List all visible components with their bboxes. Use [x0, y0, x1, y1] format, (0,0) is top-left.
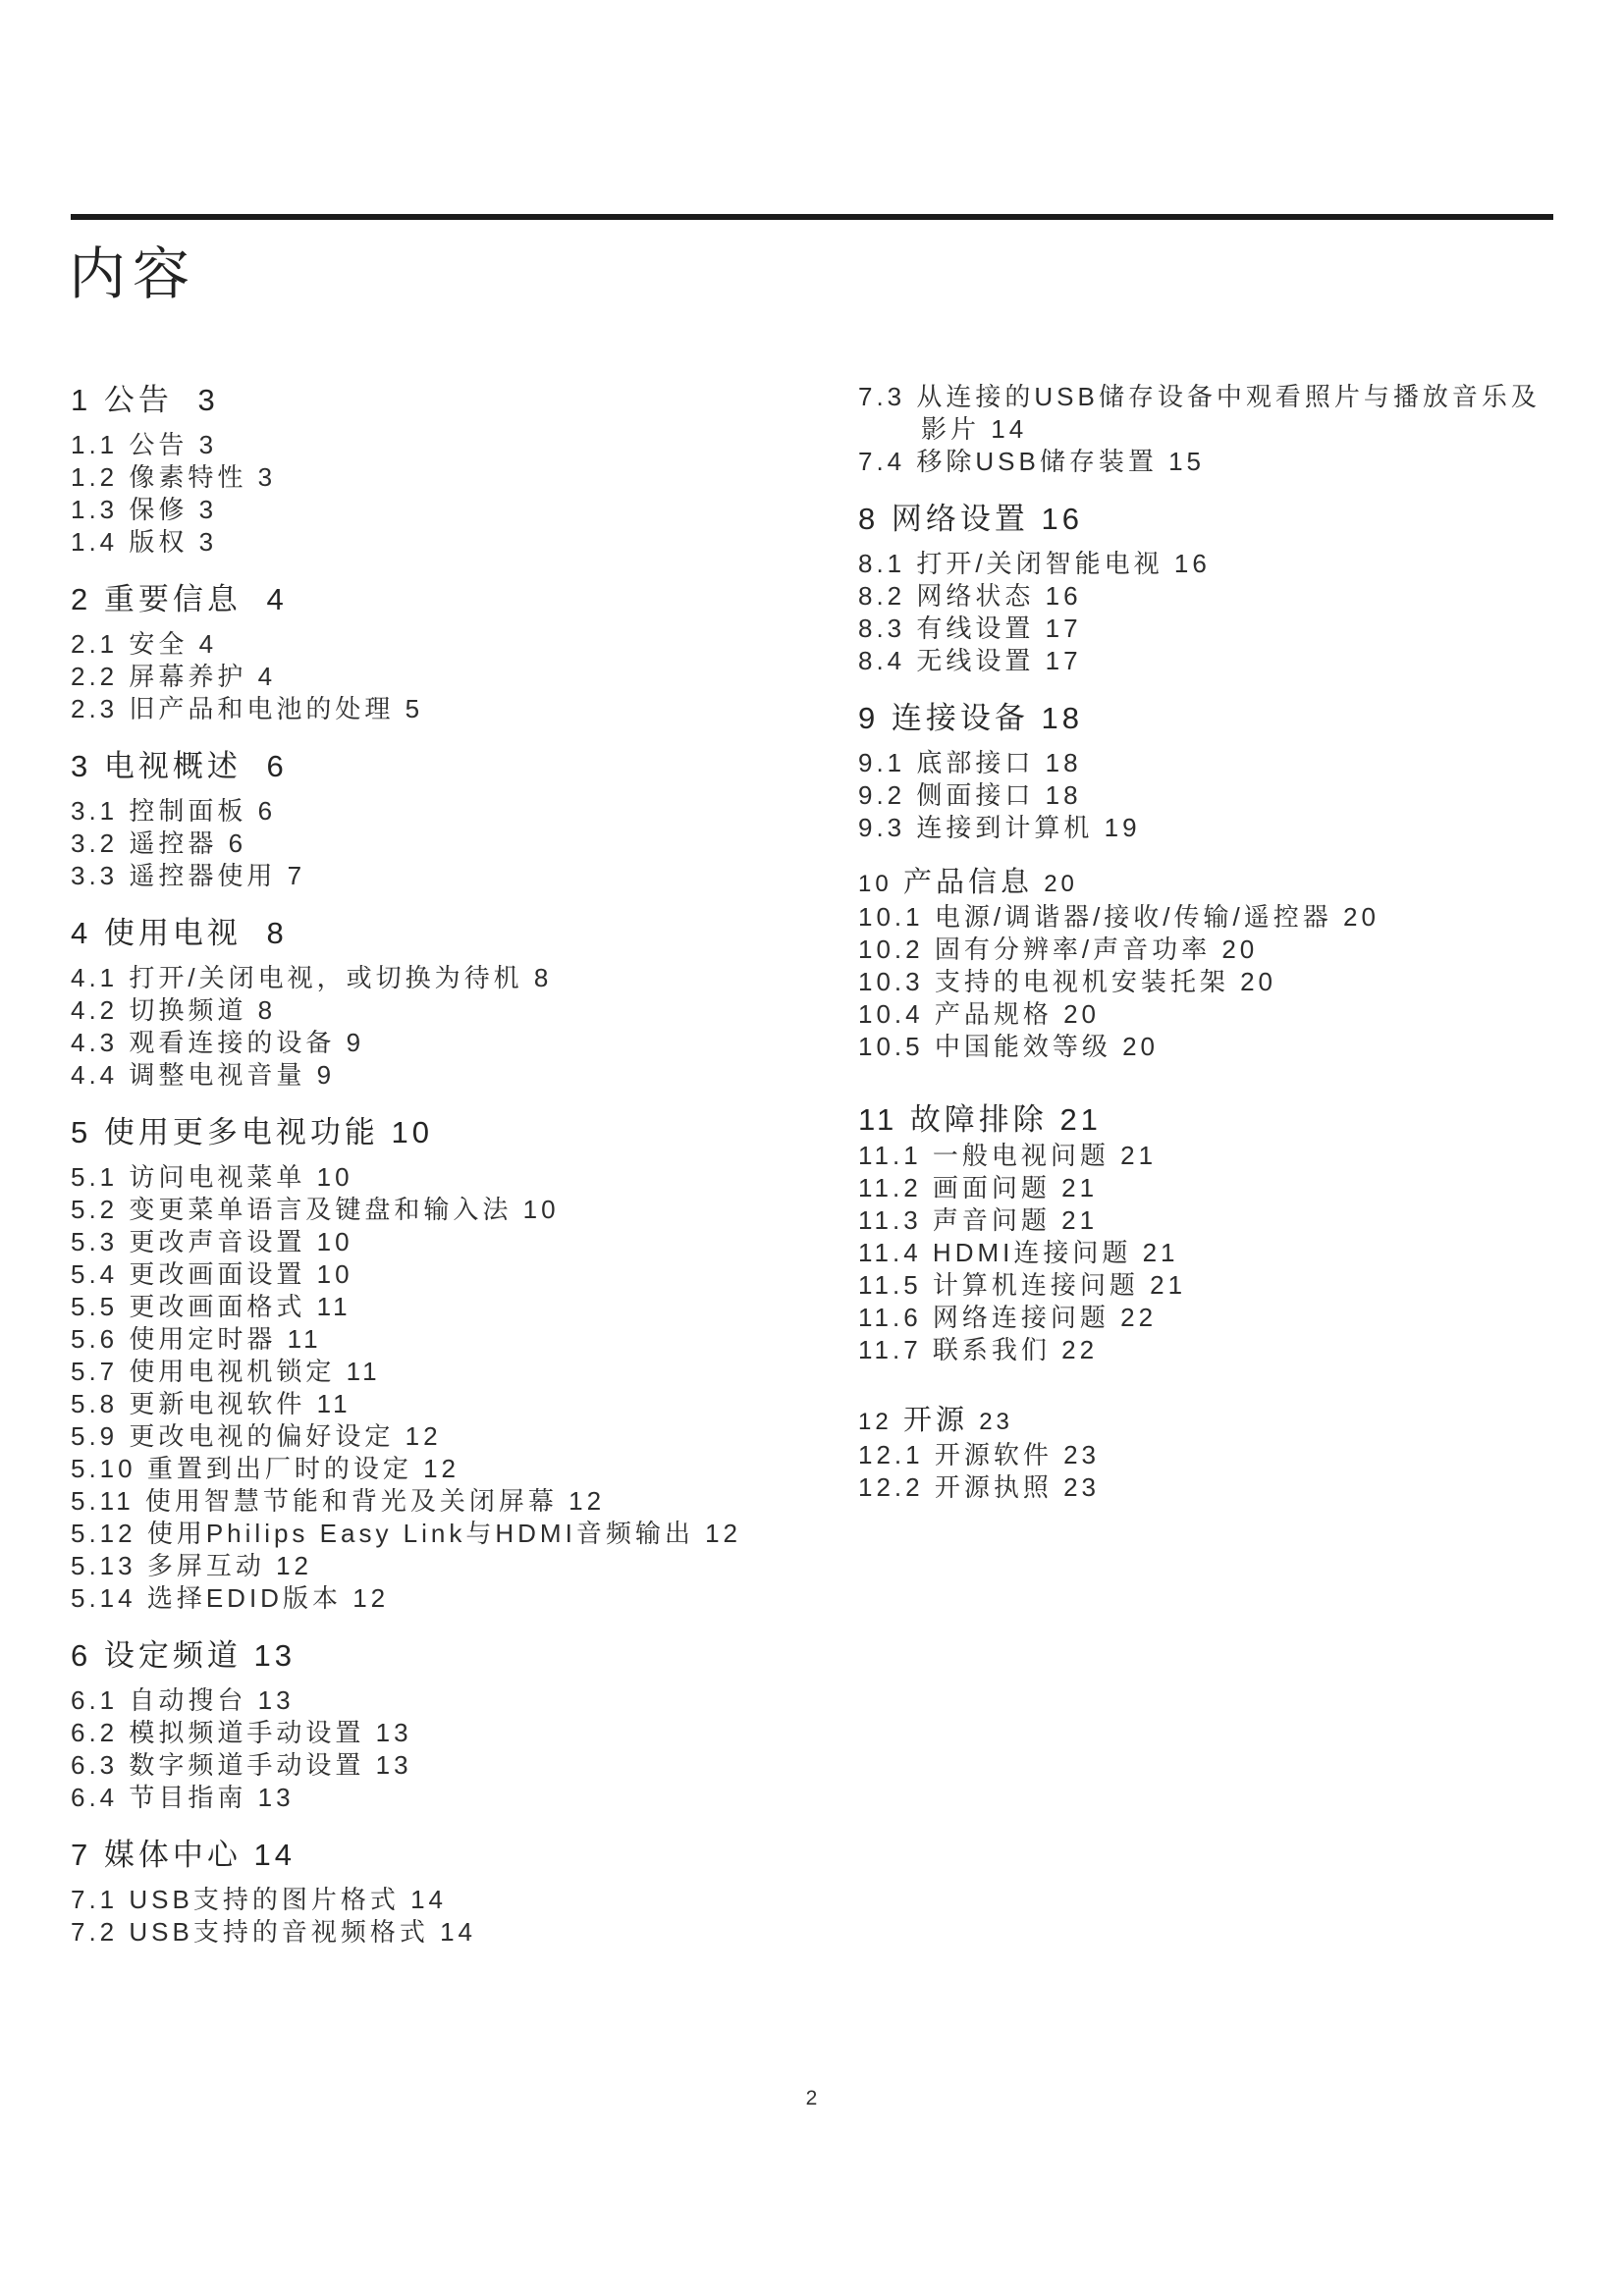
toc-entry-page: 13 — [254, 1638, 296, 1673]
toc-entry-number: 5.2 — [71, 1195, 118, 1224]
toc-entry-page: 14 — [991, 414, 1027, 444]
toc-entry-page: 21 — [1143, 1238, 1179, 1267]
toc-entry-title: 数字频道手动设置 — [129, 1750, 364, 1780]
toc-entry-page: 16 — [1174, 549, 1211, 578]
toc-entry: 11.4 HDMI连接问题 21 — [858, 1237, 1557, 1269]
toc-entry: 2.3 旧产品和电池的处理 5 — [71, 693, 770, 725]
toc-section-heading: 4 使用电视 8 — [71, 914, 770, 953]
toc-entry-page: 20 — [1240, 967, 1276, 996]
toc-entry-title: 网络状态 — [916, 581, 1034, 611]
toc-entry-page: 3 — [198, 383, 219, 417]
toc-entry-title: 无线设置 — [916, 646, 1034, 675]
toc-entry-number: 2.1 — [71, 629, 118, 659]
toc-entry-title: 多屏互动 — [147, 1551, 265, 1580]
toc-entry-page: 18 — [1046, 780, 1082, 810]
toc-entry: 5.8 更新电视软件 11 — [71, 1388, 770, 1420]
toc-entry: 6.4 节目指南 13 — [71, 1782, 770, 1814]
toc-entry-title: 屏幕养护 — [129, 662, 246, 691]
toc-entry-page: 20 — [1063, 999, 1100, 1029]
toc-entry-page: 8 — [534, 963, 552, 992]
toc-entry-page: 12 — [352, 1583, 389, 1613]
toc-entry: 5.11 使用智慧节能和背光及关闭屏幕 12 — [71, 1485, 770, 1518]
toc-section-heading: 5 使用更多电视功能 10 — [71, 1113, 770, 1152]
toc-entry-page: 3 — [258, 462, 276, 492]
toc-entry-title: 选择EDID版本 — [147, 1583, 342, 1613]
toc-entry-title: 电视概述 — [104, 749, 242, 783]
toc-section-heading: 8 网络设置 16 — [858, 500, 1557, 539]
toc-section-heading: 1 公告 3 — [71, 381, 770, 420]
toc-entry-page: 12 — [276, 1551, 312, 1580]
toc-entry-title: USB支持的音视频格式 — [129, 1917, 428, 1947]
page-number: 2 — [0, 2087, 1624, 2110]
toc-entry-title: 使用电视机锁定 — [129, 1357, 335, 1386]
toc-entry-page: 4 — [267, 582, 288, 616]
toc-entry-number: 2 — [71, 582, 91, 616]
toc-entry-title: 打开/关闭电视，或切换为待机 — [129, 963, 522, 992]
toc-entry: 10.5 中国能效等级 20 — [858, 1031, 1557, 1063]
toc-entry-page: 6 — [258, 796, 276, 826]
toc-entry: 6.3 数字频道手动设置 13 — [71, 1749, 770, 1782]
toc-entry: 8.2 网络状态 16 — [858, 580, 1557, 613]
toc-entry-title: 自动搜台 — [129, 1685, 246, 1715]
toc-entry-number: 6.2 — [71, 1718, 118, 1747]
toc-entry-number: 8.2 — [858, 581, 905, 611]
toc-entry-number: 4 — [71, 916, 91, 950]
toc-entry-page: 17 — [1046, 646, 1082, 675]
toc-entry-title: 一般电视问题 — [933, 1141, 1110, 1170]
toc-entry-number: 9 — [858, 701, 879, 735]
toc-entry-page: 12 — [423, 1454, 460, 1483]
toc-entry-page: 10 — [317, 1227, 353, 1256]
toc-entry-page: 3 — [199, 527, 217, 557]
toc-section-heading: 9 连接设备 18 — [858, 699, 1557, 738]
toc-entry-page: 11 — [288, 1324, 322, 1354]
toc-entry-page: 10 — [317, 1162, 353, 1192]
toc-entry-page: 18 — [1042, 701, 1083, 735]
toc-entry-title: 使用定时器 — [129, 1324, 276, 1354]
toc-entry-title: 重要信息 — [104, 582, 242, 616]
toc-entry-number: 6 — [71, 1638, 91, 1673]
toc-entry-page: 11 — [317, 1292, 352, 1321]
toc-entry-number: 1.2 — [71, 462, 118, 492]
toc-section-heading: 11 故障排除 21 — [858, 1100, 1557, 1140]
toc-entry-number: 3.3 — [71, 861, 118, 890]
toc-entry-number: 11.4 — [858, 1238, 922, 1267]
toc-entry: 10.4 产品规格 20 — [858, 998, 1557, 1031]
toc-entry-page: 13 — [376, 1718, 412, 1747]
toc-entry-number: 5.8 — [71, 1389, 118, 1418]
toc-entry-title: 网络设置 — [892, 502, 1029, 536]
toc-entry: 4.1 打开/关闭电视，或切换为待机 8 — [71, 962, 770, 994]
toc-entry: 5.13 多屏互动 12 — [71, 1550, 770, 1582]
toc-entry: 4.3 观看连接的设备 9 — [71, 1027, 770, 1059]
toc-entry-page: 21 — [1059, 1102, 1101, 1137]
toc-entry: 5.6 使用定时器 11 — [71, 1323, 770, 1356]
toc-entry-page: 20 — [1343, 902, 1380, 932]
toc-entry: 12.2 开源执照 23 — [858, 1471, 1557, 1504]
toc-entry-title: 公告 — [104, 383, 173, 417]
toc-entry-page: 4 — [199, 629, 217, 659]
toc-entry-title: 有线设置 — [916, 614, 1034, 643]
toc-entry-number: 9.3 — [858, 813, 905, 842]
toc-entry-page: 9 — [317, 1060, 335, 1090]
toc-entry-number: 7 — [71, 1838, 91, 1872]
toc-entry-number: 11.2 — [858, 1173, 922, 1202]
toc-entry: 9.2 侧面接口 18 — [858, 779, 1557, 812]
toc-entry: 3.1 控制面板 6 — [71, 795, 770, 828]
toc-entry-page: 21 — [1061, 1173, 1098, 1202]
toc-entry-title: 更改声音设置 — [129, 1227, 305, 1256]
toc-entry-page: 21 — [1120, 1141, 1157, 1170]
toc-entry-number: 5.12 — [71, 1519, 136, 1548]
toc-entry-title: 计算机连接问题 — [933, 1270, 1139, 1300]
toc-entry-page: 17 — [1046, 614, 1082, 643]
toc-entry-page: 8 — [258, 995, 276, 1025]
toc-entry-title: 侧面接口 — [916, 780, 1034, 810]
toc-entry-number: 10.3 — [858, 967, 924, 996]
toc-entry-title: 开源 — [903, 1405, 968, 1436]
toc-entry: 2.1 安全 4 — [71, 628, 770, 661]
toc-entry-title: 遥控器使用 — [129, 861, 276, 890]
toc-entry: 2.2 屏幕养护 4 — [71, 661, 770, 693]
toc-entry-title: 画面问题 — [933, 1173, 1051, 1202]
toc-section-heading: 2 重要信息 4 — [71, 580, 770, 619]
toc-entry-title: 更改画面设置 — [129, 1259, 305, 1289]
toc-entry-page: 19 — [1105, 813, 1141, 842]
toc-entry-page: 21 — [1150, 1270, 1186, 1300]
toc-entry-number: 11.6 — [858, 1303, 922, 1332]
toc-entry-page: 10 — [523, 1195, 560, 1224]
toc-entry-page: 16 — [1042, 502, 1083, 536]
toc-entry-number: 11.1 — [858, 1141, 922, 1170]
toc-entry-page: 4 — [258, 662, 276, 691]
toc-entry-page: 23 — [1063, 1472, 1100, 1502]
toc-entry-page: 14 — [254, 1838, 296, 1872]
toc-column-left: 1 公告 31.1 公告 31.2 像素特性 31.3 保修 31.4 版权 3… — [71, 381, 770, 1949]
toc-entry-number: 3.1 — [71, 796, 118, 826]
toc-entry-title: 版权 — [129, 527, 188, 557]
toc-entry-number: 10 — [858, 871, 893, 897]
toc-entry-title: 保修 — [129, 495, 188, 524]
toc-entry-number: 2.2 — [71, 662, 118, 691]
toc-entry: 12.1 开源软件 23 — [858, 1439, 1557, 1471]
toc-entry: 1.1 公告 3 — [71, 429, 770, 461]
toc-entry-number: 10.2 — [858, 934, 924, 964]
toc-entry-title: 遥控器 — [129, 828, 217, 858]
toc-entry-number: 1 — [71, 383, 91, 417]
toc-entry-page: 3 — [199, 495, 217, 524]
toc-entry: 8.1 打开/关闭智能电视 16 — [858, 548, 1557, 580]
toc-entry: 5.10 重置到出厂时的设定 12 — [71, 1453, 770, 1485]
toc-entry-number: 5.14 — [71, 1583, 136, 1613]
toc-entry-page: 20 — [1044, 871, 1078, 897]
toc-entry: 8.4 无线设置 17 — [858, 645, 1557, 677]
toc-entry-title: 底部接口 — [916, 748, 1034, 777]
toc-entry: 5.4 更改画面设置 10 — [71, 1258, 770, 1291]
toc-entry-page: 13 — [258, 1783, 295, 1812]
toc-entry-title: 连接到计算机 — [916, 813, 1093, 842]
toc-entry: 11.2 画面问题 21 — [858, 1172, 1557, 1204]
toc-entry-title: 更改电视的偏好设定 — [129, 1421, 394, 1451]
manual-contents-page: 内容 1 公告 31.1 公告 31.2 像素特性 31.3 保修 31.4 版… — [0, 0, 1624, 2296]
toc-entry: 4.2 切换频道 8 — [71, 994, 770, 1027]
toc-entry: 10.1 电源/调谐器/接收/传输/遥控器 20 — [858, 901, 1557, 934]
toc-entry-number: 11.3 — [858, 1205, 922, 1235]
toc-entry-page: 15 — [1168, 447, 1205, 476]
toc-entry-number: 7.3 — [858, 382, 905, 411]
toc-entry: 1.2 像素特性 3 — [71, 461, 770, 494]
toc-entry: 7.3 从连接的USB储存设备中观看照片与播放音乐及影片 14 — [858, 381, 1557, 446]
toc-entry-title: 安全 — [129, 629, 188, 659]
toc-entry-page: 6 — [267, 749, 288, 783]
toc-entry-number: 5.5 — [71, 1292, 118, 1321]
toc-entry-page: 8 — [267, 916, 288, 950]
toc-entry-title: 控制面板 — [129, 796, 246, 826]
toc-entry-title: HDMI连接问题 — [933, 1238, 1131, 1267]
toc-entry: 5.3 更改声音设置 10 — [71, 1226, 770, 1258]
toc-entry: 5.12 使用Philips Easy Link与HDMI音频输出 12 — [71, 1518, 770, 1550]
toc-entry-page: 6 — [229, 828, 246, 858]
toc-entry-title: 媒体中心 — [104, 1838, 242, 1872]
toc-entry-page: 10 — [392, 1115, 433, 1149]
toc-entry-page: 20 — [1122, 1032, 1159, 1061]
toc-entry-title: 支持的电视机安装托架 — [935, 967, 1229, 996]
toc-entry-number: 5.4 — [71, 1259, 118, 1289]
toc-entry-page: 16 — [1046, 581, 1082, 611]
toc-entry-title: 像素特性 — [129, 462, 246, 492]
toc-entry-page: 13 — [258, 1685, 295, 1715]
toc-entry: 9.3 连接到计算机 19 — [858, 812, 1557, 844]
toc-entry-number: 10.4 — [858, 999, 924, 1029]
toc-entry-number: 12.2 — [858, 1472, 924, 1502]
toc-entry-title: 开源软件 — [935, 1440, 1053, 1469]
toc-entry: 5.9 更改电视的偏好设定 12 — [71, 1420, 770, 1453]
toc-entry-number: 3 — [71, 749, 91, 783]
toc-entry: 4.4 调整电视音量 9 — [71, 1059, 770, 1092]
title-divider — [71, 214, 1553, 220]
toc-entry-page: 21 — [1061, 1205, 1098, 1235]
toc-entry-title: 使用更多电视功能 — [104, 1115, 379, 1149]
toc-entry-page: 23 — [1063, 1440, 1100, 1469]
toc-entry-number: 9.1 — [858, 748, 905, 777]
toc-entry-number: 10.5 — [858, 1032, 924, 1061]
toc-entry: 8.3 有线设置 17 — [858, 613, 1557, 645]
toc-entry: 11.3 声音问题 21 — [858, 1204, 1557, 1237]
toc-entry-title: 切换频道 — [129, 995, 246, 1025]
toc: 1 公告 31.1 公告 31.2 像素特性 31.3 保修 31.4 版权 3… — [71, 381, 1557, 1949]
toc-entry-title: USB支持的图片格式 — [129, 1885, 399, 1914]
toc-entry: 7.4 移除USB储存装置 15 — [858, 446, 1557, 478]
toc-entry-title: 声音问题 — [933, 1205, 1051, 1235]
toc-section-heading: 7 媒体中心 14 — [71, 1836, 770, 1875]
toc-entry: 7.1 USB支持的图片格式 14 — [71, 1884, 770, 1916]
toc-entry-title: 故障排除 — [910, 1102, 1048, 1137]
toc-entry-title: 使用电视 — [104, 916, 242, 950]
toc-entry-page: 12 — [705, 1519, 741, 1548]
toc-entry-page: 7 — [288, 861, 305, 890]
toc-entry-number: 6.3 — [71, 1750, 118, 1780]
toc-entry-number: 11.7 — [858, 1335, 922, 1364]
toc-entry: 7.2 USB支持的音视频格式 14 — [71, 1916, 770, 1949]
toc-entry-page: 13 — [376, 1750, 412, 1780]
toc-entry-title: 重置到出厂时的设定 — [147, 1454, 412, 1483]
toc-entry-title: 访问电视菜单 — [129, 1162, 305, 1192]
toc-entry-number: 5.7 — [71, 1357, 118, 1386]
toc-entry: 1.3 保修 3 — [71, 494, 770, 526]
toc-entry-title: 产品信息 — [903, 867, 1033, 898]
toc-entry: 10.3 支持的电视机安装托架 20 — [858, 966, 1557, 998]
toc-entry-title: 移除USB储存装置 — [916, 447, 1157, 476]
toc-entry-number: 5.13 — [71, 1551, 136, 1580]
toc-entry-page: 12 — [406, 1421, 442, 1451]
toc-entry-page: 18 — [1046, 748, 1082, 777]
toc-entry-page: 14 — [440, 1917, 476, 1947]
toc-entry-number: 12 — [858, 1409, 893, 1435]
toc-section-heading: 3 电视概述 6 — [71, 747, 770, 786]
toc-entry: 5.14 选择EDID版本 12 — [71, 1582, 770, 1615]
toc-entry-number: 5.1 — [71, 1162, 118, 1192]
toc-entry: 5.7 使用电视机锁定 11 — [71, 1356, 770, 1388]
toc-entry: 6.1 自动搜台 13 — [71, 1684, 770, 1717]
toc-section-heading: 6 设定频道 13 — [71, 1636, 770, 1676]
toc-entry-number: 8.1 — [858, 549, 905, 578]
toc-entry: 11.7 联系我们 22 — [858, 1334, 1557, 1366]
toc-entry: 5.2 变更菜单语言及键盘和输入法 10 — [71, 1194, 770, 1226]
toc-entry-number: 1.4 — [71, 527, 118, 557]
toc-entry-title: 调整电视音量 — [129, 1060, 305, 1090]
toc-entry: 10.2 固有分辨率/声音功率 20 — [858, 934, 1557, 966]
toc-entry: 11.6 网络连接问题 22 — [858, 1302, 1557, 1334]
toc-entry-title: 设定频道 — [104, 1638, 242, 1673]
toc-entry-title: 更改画面格式 — [129, 1292, 305, 1321]
toc-entry-page: 14 — [410, 1885, 447, 1914]
toc-entry: 6.2 模拟频道手动设置 13 — [71, 1717, 770, 1749]
toc-entry: 11.1 一般电视问题 21 — [858, 1140, 1557, 1172]
toc-entry-title: 固有分辨率/声音功率 — [935, 934, 1211, 964]
toc-entry-page: 12 — [568, 1486, 605, 1516]
toc-entry-number: 3.2 — [71, 828, 118, 858]
toc-entry: 3.2 遥控器 6 — [71, 828, 770, 860]
toc-entry-title: 变更菜单语言及键盘和输入法 — [129, 1195, 512, 1224]
toc-entry-number: 2.3 — [71, 694, 118, 723]
toc-entry-page: 9 — [347, 1028, 364, 1057]
toc-entry: 5.5 更改画面格式 11 — [71, 1291, 770, 1323]
toc-entry: 1.4 版权 3 — [71, 526, 770, 559]
toc-entry-number: 9.2 — [858, 780, 905, 810]
toc-entry-number: 5.11 — [71, 1486, 135, 1516]
toc-entry-number: 8.3 — [858, 614, 905, 643]
toc-entry-number: 5.6 — [71, 1324, 118, 1354]
toc-entry-page: 22 — [1120, 1303, 1157, 1332]
toc-entry-number: 8.4 — [858, 646, 905, 675]
toc-entry-number: 5.10 — [71, 1454, 136, 1483]
toc-entry-page: 11 — [347, 1357, 381, 1386]
toc-entry-title: 打开/关闭智能电视 — [916, 549, 1163, 578]
toc-entry-number: 4.2 — [71, 995, 118, 1025]
toc-entry-title: 观看连接的设备 — [129, 1028, 335, 1057]
toc-entry: 9.1 底部接口 18 — [858, 747, 1557, 779]
page-title: 内容 — [69, 228, 196, 310]
toc-entry-number: 4.3 — [71, 1028, 118, 1057]
toc-entry-number: 7.4 — [858, 447, 905, 476]
toc-entry-title: 联系我们 — [933, 1335, 1051, 1364]
toc-entry-title: 连接设备 — [892, 701, 1029, 735]
toc-entry-page: 23 — [979, 1409, 1013, 1435]
toc-entry-title: 中国能效等级 — [935, 1032, 1111, 1061]
toc-entry-page: 5 — [406, 694, 423, 723]
toc-entry-title: 使用智慧节能和背光及关闭屏幕 — [145, 1486, 558, 1516]
toc-entry: 11.5 计算机连接问题 21 — [858, 1269, 1557, 1302]
toc-entry-number: 1.1 — [71, 430, 118, 459]
toc-entry-page: 11 — [317, 1389, 352, 1418]
toc-entry-number: 1.3 — [71, 495, 118, 524]
toc-entry-title: 模拟频道手动设置 — [129, 1718, 364, 1747]
toc-column-right: 7.3 从连接的USB储存设备中观看照片与播放音乐及影片 147.4 移除USB… — [858, 381, 1557, 1504]
toc-entry-title: 节目指南 — [129, 1783, 246, 1812]
toc-entry-title: 公告 — [129, 430, 188, 459]
toc-entry-title: 使用Philips Easy Link与HDMI音频输出 — [147, 1519, 694, 1548]
toc-entry-number: 5.9 — [71, 1421, 118, 1451]
toc-entry-title: 开源执照 — [935, 1472, 1053, 1502]
toc-entry-title: 电源/调谐器/接收/传输/遥控器 — [935, 902, 1332, 932]
toc-entry-number: 5 — [71, 1115, 91, 1149]
toc-section-heading: 12 开源 23 — [858, 1404, 1557, 1439]
toc-entry-number: 8 — [858, 502, 879, 536]
toc-entry-title: 网络连接问题 — [933, 1303, 1110, 1332]
toc-entry: 3.3 遥控器使用 7 — [71, 860, 770, 892]
toc-entry-title: 更新电视软件 — [129, 1389, 305, 1418]
toc-entry-page: 22 — [1061, 1335, 1098, 1364]
toc-entry-number: 4.1 — [71, 963, 118, 992]
toc-entry: 5.1 访问电视菜单 10 — [71, 1161, 770, 1194]
toc-entry-number: 5.3 — [71, 1227, 118, 1256]
toc-entry-number: 7.1 — [71, 1885, 118, 1914]
toc-entry-page: 20 — [1221, 934, 1258, 964]
toc-entry-page: 3 — [199, 430, 217, 459]
toc-entry-number: 6.1 — [71, 1685, 118, 1715]
toc-entry-title: 产品规格 — [935, 999, 1053, 1029]
toc-section-heading: 10 产品信息 20 — [858, 866, 1557, 901]
toc-entry-page: 10 — [317, 1259, 353, 1289]
toc-entry-number: 6.4 — [71, 1783, 118, 1812]
toc-entry-number: 11 — [858, 1102, 897, 1137]
toc-entry-number: 12.1 — [858, 1440, 924, 1469]
toc-entry-number: 7.2 — [71, 1917, 118, 1947]
toc-entry-number: 10.1 — [858, 902, 924, 932]
toc-entry-number: 4.4 — [71, 1060, 118, 1090]
toc-entry-title: 旧产品和电池的处理 — [129, 694, 394, 723]
toc-entry-number: 11.5 — [858, 1270, 922, 1300]
